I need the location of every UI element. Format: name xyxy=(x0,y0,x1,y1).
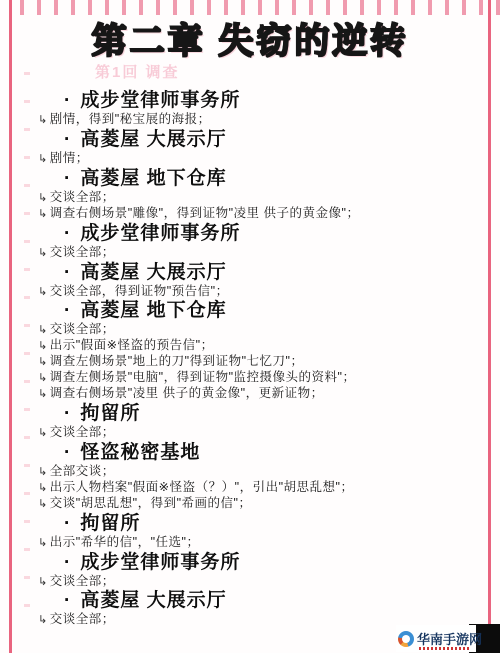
location-heading: ·高菱屋 地下仓库 xyxy=(38,167,488,190)
walkthrough-step: ↳交谈全部； xyxy=(38,190,488,206)
step-arrow-icon: ↳ xyxy=(38,286,48,298)
step-arrow-icon: ↳ xyxy=(38,114,48,126)
step-arrow-icon: ↳ xyxy=(38,576,48,588)
step-arrow-icon: ↳ xyxy=(38,192,48,204)
walkthrough-step-label: 调查右侧场景"凌里 供子的黄金像"，更新证物； xyxy=(50,386,324,400)
location-heading-label: 成步堂律师事务所 xyxy=(80,552,240,573)
walkthrough-step-label: 交谈全部； xyxy=(50,190,115,204)
step-arrow-icon: ↳ xyxy=(38,324,48,336)
walkthrough-step: ↳调查左侧场景"电脑"，得到证物"监控摄像头的资料"； xyxy=(38,370,488,386)
chapter-title: 第二章 失窃的逆转 xyxy=(0,14,500,64)
walkthrough-step: ↳调查右侧场景"凌里 供子的黄金像"，更新证物； xyxy=(38,386,488,402)
walkthrough-step-label: 剧情，得到"秘宝展的海报； xyxy=(50,112,211,126)
walkthrough-step-label: 全部交谈； xyxy=(50,464,115,478)
heading-bullet-icon: · xyxy=(64,90,71,111)
location-heading-label: 高菱屋 大展示厅 xyxy=(80,129,226,150)
walkthrough-step-label: 出示"希华的信"，"任选"； xyxy=(50,535,200,549)
location-heading: ·拘留所 xyxy=(38,402,488,425)
step-arrow-icon: ↳ xyxy=(38,372,48,384)
step-arrow-icon: ↳ xyxy=(38,498,48,510)
walkthrough-step-label: 交谈全部； xyxy=(50,574,115,588)
step-arrow-icon: ↳ xyxy=(38,466,48,478)
location-heading-label: 怪盗秘密基地 xyxy=(80,442,200,463)
heading-bullet-icon: · xyxy=(64,590,71,611)
walkthrough-step-label: 调查右侧场景"雕像"，得到证物"凌里 供子的黄金像"； xyxy=(50,206,360,220)
walkthrough-step-label: 调查左侧场景"地上的刀"得到证物"七忆刀"； xyxy=(50,354,304,368)
step-arrow-icon: ↳ xyxy=(38,427,48,439)
location-heading: ·拘留所 xyxy=(38,512,488,535)
right-border-line xyxy=(488,0,491,653)
walkthrough-step: ↳交谈全部，得到证物"预告信"； xyxy=(38,284,488,300)
guide-page: 第二章 失窃的逆转 第1回 调查 ·成步堂律师事务所 ↳剧情，得到"秘宝展的海报… xyxy=(0,0,500,653)
walkthrough-step: ↳交谈"胡思乱想"，得到"希画的信"； xyxy=(38,496,488,512)
walkthrough-list: ·成步堂律师事务所 ↳剧情，得到"秘宝展的海报； ·高菱屋 大展示厅 ↳剧情； … xyxy=(38,89,488,628)
walkthrough-step-label: 出示"假面※怪盗的预告信"； xyxy=(50,338,214,352)
heading-bullet-icon: · xyxy=(64,300,71,321)
walkthrough-step-label: 交谈"胡思乱想"，得到"希画的信"； xyxy=(50,496,252,510)
episode-subtitle: 第1回 调查 xyxy=(95,61,180,82)
walkthrough-step-label: 出示人物档案"假面※怪盗（？）"，引出"胡思乱想"； xyxy=(50,480,354,494)
location-heading-label: 成步堂律师事务所 xyxy=(80,90,240,111)
walkthrough-step: ↳交谈全部； xyxy=(38,425,488,441)
walkthrough-step-label: 交谈全部，得到证物"预告信"； xyxy=(50,284,229,298)
step-arrow-icon: ↳ xyxy=(38,356,48,368)
walkthrough-step: ↳交谈全部； xyxy=(38,574,488,590)
heading-bullet-icon: · xyxy=(64,262,71,283)
step-arrow-icon: ↳ xyxy=(38,537,48,549)
location-heading-label: 高菱屋 大展示厅 xyxy=(80,262,226,283)
walkthrough-step: ↳出示"希华的信"，"任选"； xyxy=(38,535,488,551)
heading-bullet-icon: · xyxy=(64,403,71,424)
walkthrough-step-label: 调查左侧场景"电脑"，得到证物"监控摄像头的资料"； xyxy=(50,370,356,384)
heading-bullet-icon: · xyxy=(64,129,71,150)
location-heading: ·高菱屋 大展示厅 xyxy=(38,589,488,612)
heading-bullet-icon: · xyxy=(64,223,71,244)
location-heading-label: 高菱屋 大展示厅 xyxy=(80,590,226,611)
walkthrough-step: ↳出示人物档案"假面※怪盗（？）"，引出"胡思乱想"； xyxy=(38,480,488,496)
heading-bullet-icon: · xyxy=(64,168,71,189)
location-heading: ·高菱屋 大展示厅 xyxy=(38,128,488,151)
top-fringe-border xyxy=(20,0,500,15)
walkthrough-step-label: 交谈全部； xyxy=(50,612,115,626)
heading-bullet-icon: · xyxy=(64,513,71,534)
walkthrough-step-label: 交谈全部； xyxy=(50,425,115,439)
location-heading-label: 拘留所 xyxy=(80,513,140,534)
walkthrough-step: ↳交谈全部； xyxy=(38,245,488,261)
step-arrow-icon: ↳ xyxy=(38,208,48,220)
walkthrough-step: ↳调查左侧场景"地上的刀"得到证物"七忆刀"； xyxy=(38,354,488,370)
walkthrough-step-label: 交谈全部； xyxy=(50,322,115,336)
walkthrough-step: ↳剧情； xyxy=(38,151,488,167)
left-tickmarks xyxy=(24,72,30,612)
step-arrow-icon: ↳ xyxy=(38,614,48,626)
heading-bullet-icon: · xyxy=(64,442,71,463)
watermark-tagline xyxy=(419,647,469,650)
location-heading: ·成步堂律师事务所 xyxy=(38,222,488,245)
walkthrough-step: ↳全部交谈； xyxy=(38,464,488,480)
heading-bullet-icon: · xyxy=(64,552,71,573)
walkthrough-step: ↳剧情，得到"秘宝展的海报； xyxy=(38,112,488,128)
walkthrough-step-label: 交谈全部； xyxy=(50,245,115,259)
step-arrow-icon: ↳ xyxy=(38,247,48,259)
step-arrow-icon: ↳ xyxy=(38,340,48,352)
step-arrow-icon: ↳ xyxy=(38,388,48,400)
location-heading: ·高菱屋 地下仓库 xyxy=(38,299,488,322)
location-heading: ·成步堂律师事务所 xyxy=(38,551,488,574)
location-heading-label: 高菱屋 地下仓库 xyxy=(80,168,226,189)
location-heading: ·高菱屋 大展示厅 xyxy=(38,261,488,284)
walkthrough-step: ↳调查右侧场景"雕像"，得到证物"凌里 供子的黄金像"； xyxy=(38,206,488,222)
left-border-line xyxy=(9,0,12,653)
site-name: 华南手游网 xyxy=(417,629,482,648)
watermark: 华南手游网 xyxy=(396,625,476,652)
location-heading-label: 拘留所 xyxy=(80,403,140,424)
site-logo-icon xyxy=(398,631,414,647)
walkthrough-step: ↳出示"假面※怪盗的预告信"； xyxy=(38,338,488,354)
location-heading-label: 高菱屋 地下仓库 xyxy=(80,300,226,321)
step-arrow-icon: ↳ xyxy=(38,482,48,494)
location-heading: ·怪盗秘密基地 xyxy=(38,441,488,464)
walkthrough-step: ↳交谈全部； xyxy=(38,322,488,338)
walkthrough-step-label: 剧情； xyxy=(50,151,89,165)
step-arrow-icon: ↳ xyxy=(38,153,48,165)
location-heading: ·成步堂律师事务所 xyxy=(38,89,488,112)
location-heading-label: 成步堂律师事务所 xyxy=(80,223,240,244)
